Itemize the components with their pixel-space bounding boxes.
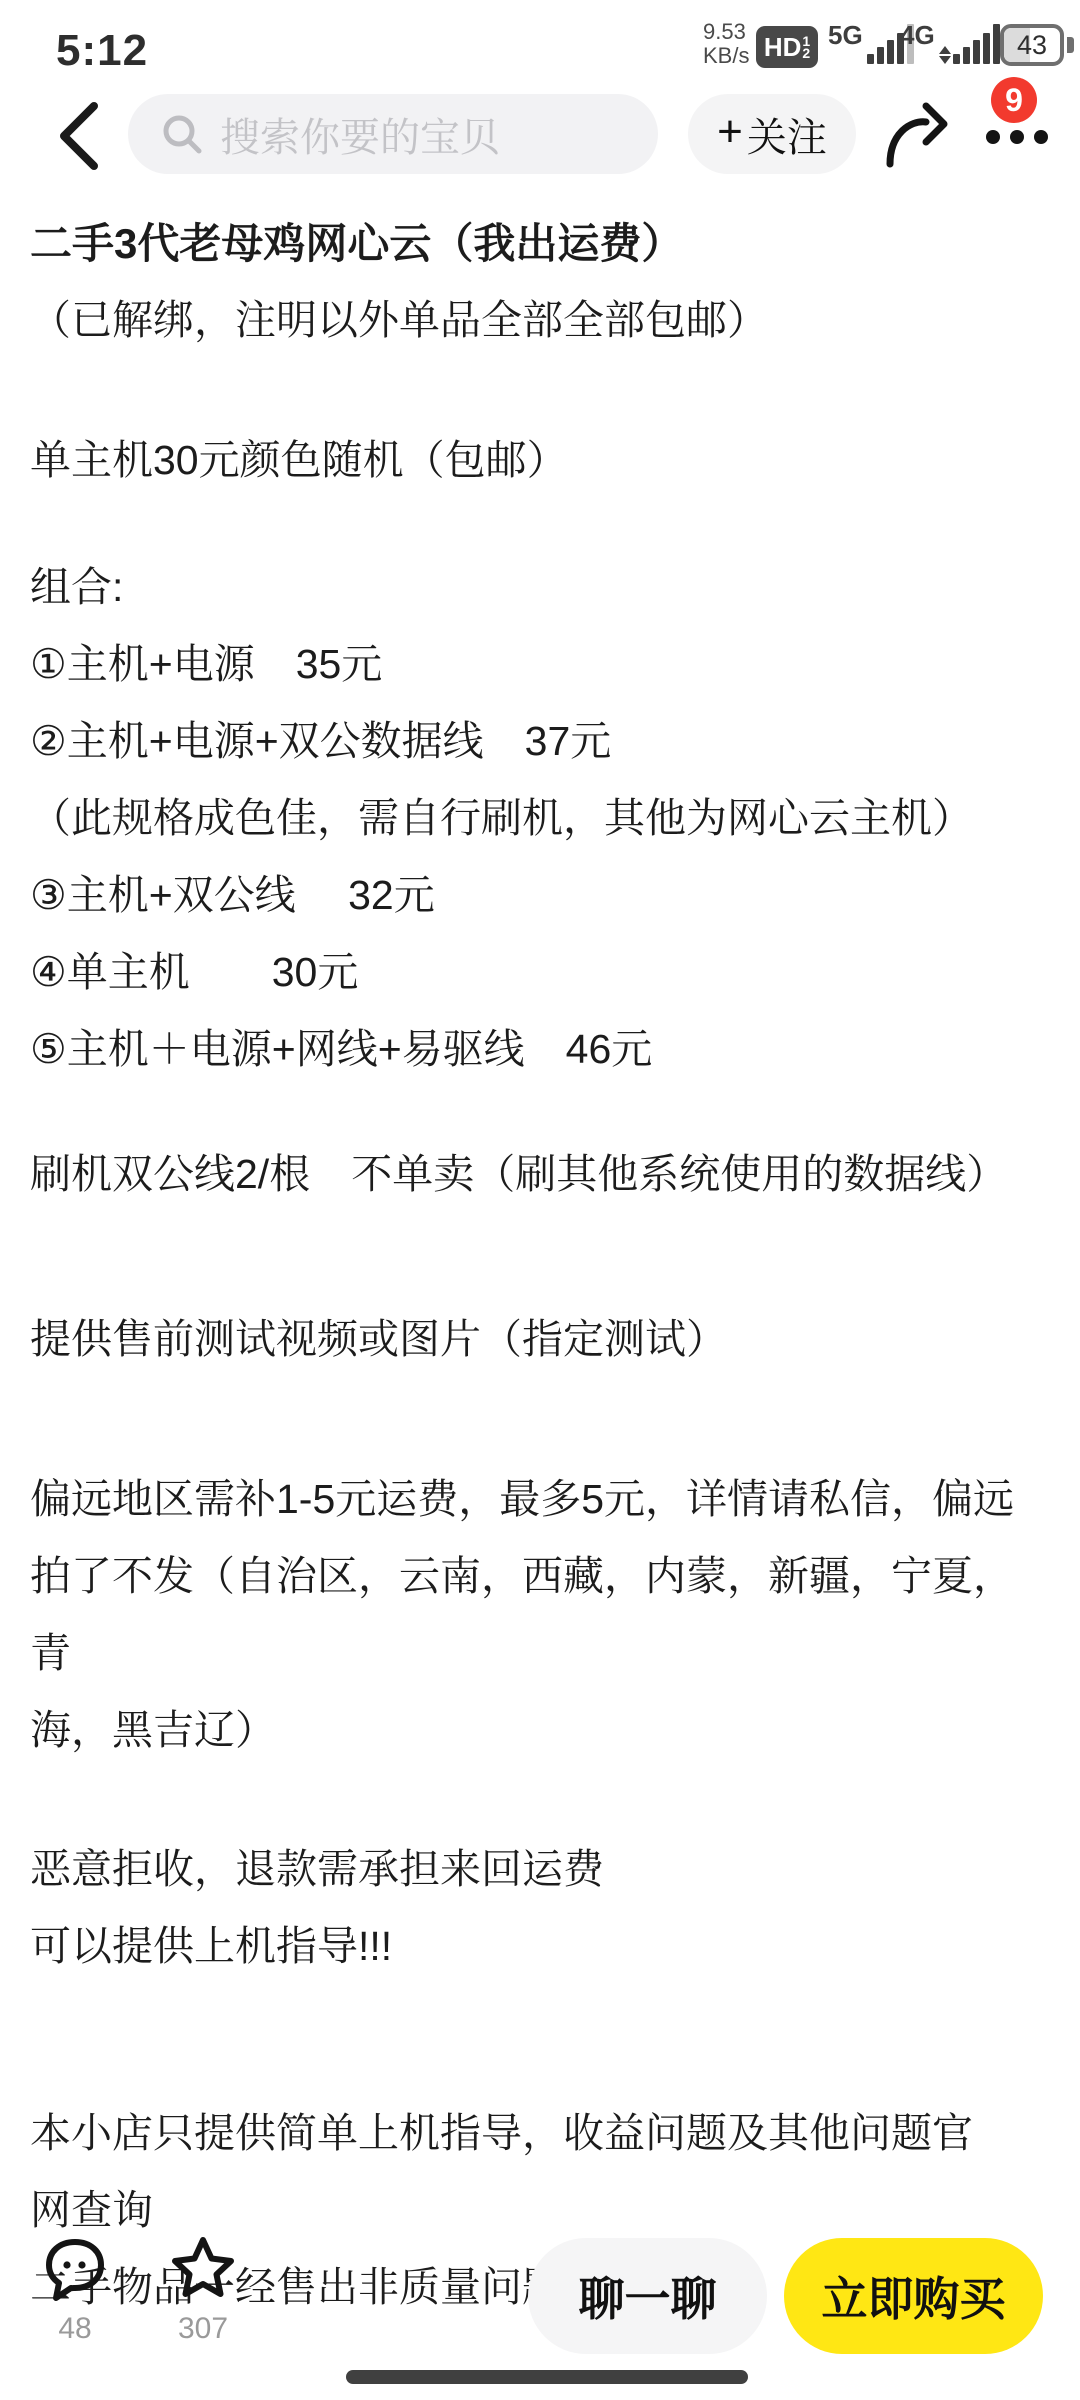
- product-detail-screen: 5:12 9.53 KB/s HD 1 2 5G 4G 43 搜索你要的宝贝 +: [0, 0, 1080, 2400]
- description-line: 可以提供上机指导!!!: [30, 1908, 1050, 1985]
- favorite-count: 307: [166, 2312, 240, 2346]
- description-block: 组合:①主机+电源 35元②主机+电源+双公数据线 37元（此规格成色佳，需自行…: [30, 549, 1050, 1088]
- description-line: 本小店只提供简单上机指导，收益问题及其他问题官: [30, 2095, 1050, 2172]
- description-line: 二手3代老母鸡网心云（我出运费）: [30, 205, 1050, 282]
- description-line: （已解绑，注明以外单品全部全部包邮）: [30, 282, 1050, 359]
- description-line: ⑤主机＋电源+网线+易驱线 46元: [30, 1011, 1050, 1088]
- comment-count: 48: [42, 2312, 108, 2346]
- description-line: ②主机+电源+双公数据线 37元: [30, 703, 1050, 780]
- description-line: 拍了不发（自治区，云南，西藏，内蒙，新疆，宁夏，青: [30, 1538, 1050, 1692]
- search-input[interactable]: 搜索你要的宝贝: [128, 94, 658, 174]
- share-icon[interactable]: [882, 100, 952, 172]
- network-speed-unit: KB/s: [703, 44, 749, 68]
- network-speed-value: 9.53: [703, 20, 749, 44]
- description-line: ③主机+双公线 32元: [30, 857, 1050, 934]
- description-block: （已解绑，注明以外单品全部全部包邮）: [30, 282, 1050, 359]
- status-time: 5:12: [56, 26, 148, 76]
- description-block: 刷机双公线2/根 不单卖（刷其他系统使用的数据线）: [30, 1136, 1050, 1213]
- search-icon: [160, 112, 204, 156]
- search-placeholder: 搜索你要的宝贝: [220, 106, 500, 163]
- volte-hd-icon: HD 1 2: [756, 26, 818, 68]
- description-line: 偏远地区需补1-5元运费，最多5元，详情请私信，偏远: [30, 1461, 1050, 1538]
- description-block: 二手3代老母鸡网心云（我出运费）: [30, 205, 1050, 282]
- sim2-signal-bars-icon: [953, 22, 1000, 66]
- notification-badge: 9: [991, 77, 1037, 123]
- description-block: 单主机30元颜色随机（包邮）: [30, 422, 1050, 499]
- description-block: 提供售前测试视频或图片（指定测试）: [30, 1301, 1050, 1378]
- data-activity-icon: [939, 46, 951, 66]
- description-line: 单主机30元颜色随机（包邮）: [30, 422, 1050, 499]
- product-description: 二手3代老母鸡网心云（我出运费）（已解绑，注明以外单品全部全部包邮）单主机30元…: [30, 205, 1050, 2326]
- description-block: 偏远地区需补1-5元运费，最多5元，详情请私信，偏远拍了不发（自治区，云南，西藏…: [30, 1461, 1050, 1769]
- battery-percent: 43: [1017, 30, 1047, 61]
- plus-icon: +: [717, 107, 743, 157]
- chat-button[interactable]: 聊一聊: [528, 2238, 767, 2354]
- battery-nub: [1067, 37, 1074, 53]
- description-line: 组合:: [30, 549, 1050, 626]
- description-line: 刷机双公线2/根 不单卖（刷其他系统使用的数据线）: [30, 1136, 1050, 1213]
- favorite-star-icon[interactable]: [166, 2232, 240, 2306]
- description-line: 恶意拒收，退款需承担来回运费: [30, 1831, 1050, 1908]
- home-indicator[interactable]: [346, 2370, 748, 2384]
- more-menu-icon[interactable]: [986, 130, 1048, 144]
- sim2-network-label: 4G: [900, 22, 935, 48]
- description-line: ④单主机 30元: [30, 934, 1050, 1011]
- follow-button[interactable]: + 关注: [688, 94, 856, 174]
- description-line: （此规格成色佳，需自行刷机，其他为网心云主机）: [30, 780, 1050, 857]
- battery-icon: 43: [1000, 24, 1064, 66]
- sim2-signal: 4G: [900, 22, 1000, 66]
- network-speed: 9.53 KB/s: [703, 20, 749, 68]
- description-block: 恶意拒收，退款需承担来回运费可以提供上机指导!!!: [30, 1831, 1050, 1985]
- comments-icon[interactable]: [42, 2236, 108, 2306]
- follow-label: 关注: [747, 106, 827, 163]
- buy-now-button[interactable]: 立即购买: [784, 2238, 1043, 2354]
- sim1-network-label: 5G: [828, 22, 863, 48]
- description-line: 提供售前测试视频或图片（指定测试）: [30, 1301, 1050, 1378]
- back-icon[interactable]: [48, 96, 112, 176]
- description-line: 海，黑吉辽）: [30, 1692, 1050, 1769]
- description-line: ①主机+电源 35元: [30, 626, 1050, 703]
